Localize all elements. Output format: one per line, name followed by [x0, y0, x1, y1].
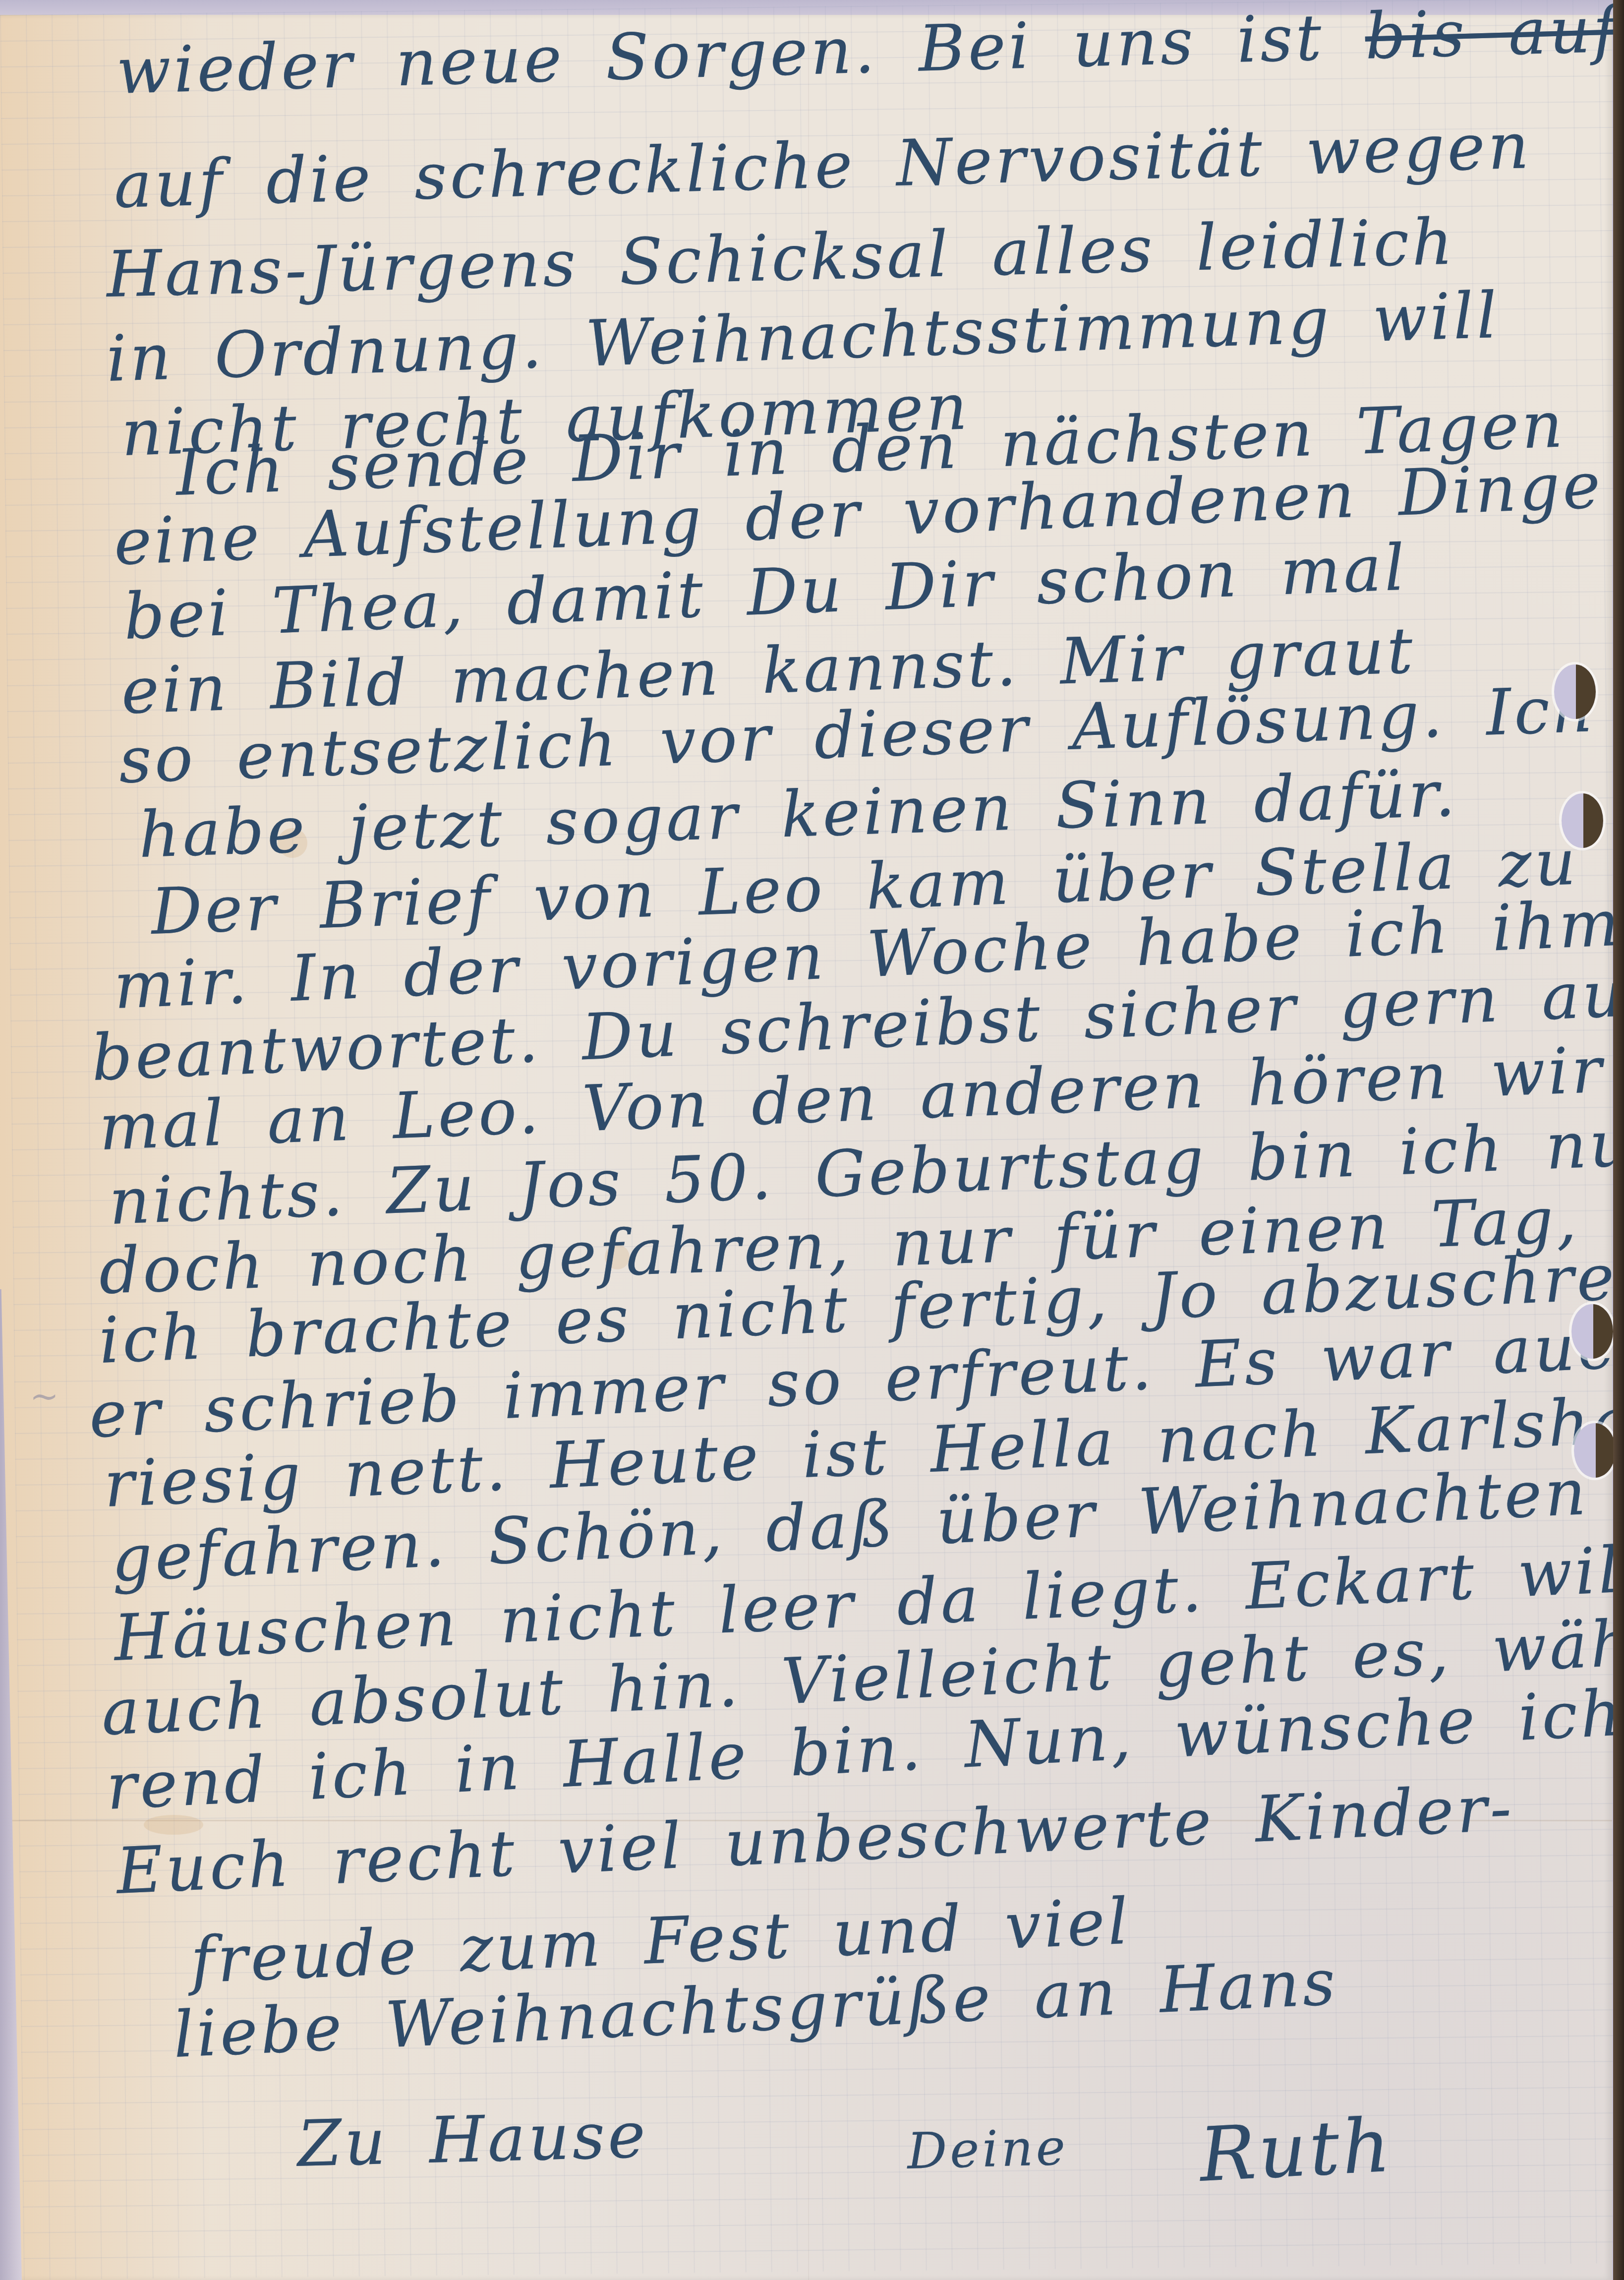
- punch-hole: [1571, 1304, 1613, 1359]
- signature: Ruth: [1197, 2102, 1395, 2199]
- struck-word: bis auf: [1364, 0, 1621, 74]
- closing-word: Deine: [906, 2118, 1069, 2180]
- punch-hole: [1554, 664, 1596, 719]
- punch-hole: [1562, 793, 1603, 848]
- margin-mark: ~: [30, 1376, 59, 1417]
- closing-location: Zu Hause: [296, 2098, 649, 2181]
- photo-backdrop-right: [1613, 0, 1624, 2280]
- punch-hole: [1574, 1423, 1616, 1478]
